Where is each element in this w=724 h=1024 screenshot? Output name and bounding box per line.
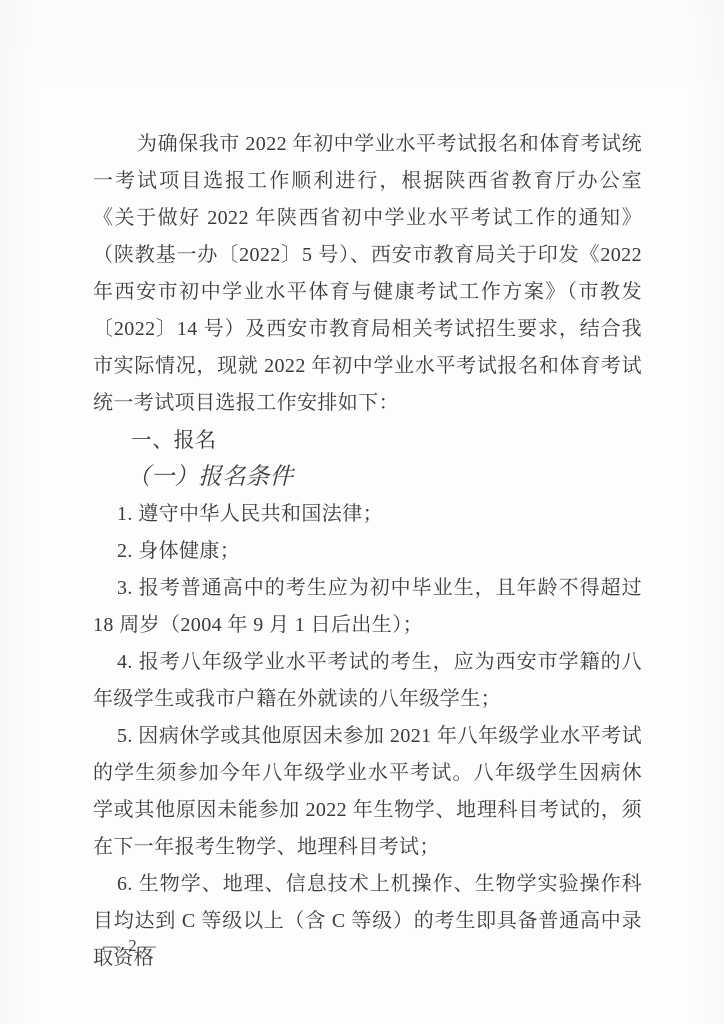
section-heading: 一、报名: [93, 422, 642, 459]
page-number: — 2—: [103, 934, 158, 958]
list-item-2: 2. 身体健康；: [93, 533, 642, 570]
list-item-1: 1. 遵守中华人民共和国法律；: [93, 496, 642, 533]
list-item-3: 3. 报考普通高中的考生应为初中毕业生，且年龄不得超过 18 周岁（2004 年…: [93, 570, 642, 644]
document-body: 为确保我市 2022 年初中学业水平考试报名和体育考试统一考试项目选报工作顺利进…: [93, 126, 642, 977]
subsection-heading: （一）报名条件: [93, 459, 642, 496]
list-item-5: 5. 因病休学或其他原因未参加 2021 年八年级学业水平考试的学生须参加今年八…: [93, 718, 642, 866]
list-item-6: 6. 生物学、地理、信息技术上机操作、生物学实验操作科目均达到 C 等级以上（含…: [93, 866, 642, 977]
intro-paragraph: 为确保我市 2022 年初中学业水平考试报名和体育考试统一考试项目选报工作顺利进…: [93, 126, 642, 422]
document-page: 为确保我市 2022 年初中学业水平考试报名和体育考试统一考试项目选报工作顺利进…: [0, 0, 724, 1024]
list-item-4: 4. 报考八年级学业水平考试的考生，应为西安市学籍的八年级学生或我市户籍在外就读…: [93, 644, 642, 718]
